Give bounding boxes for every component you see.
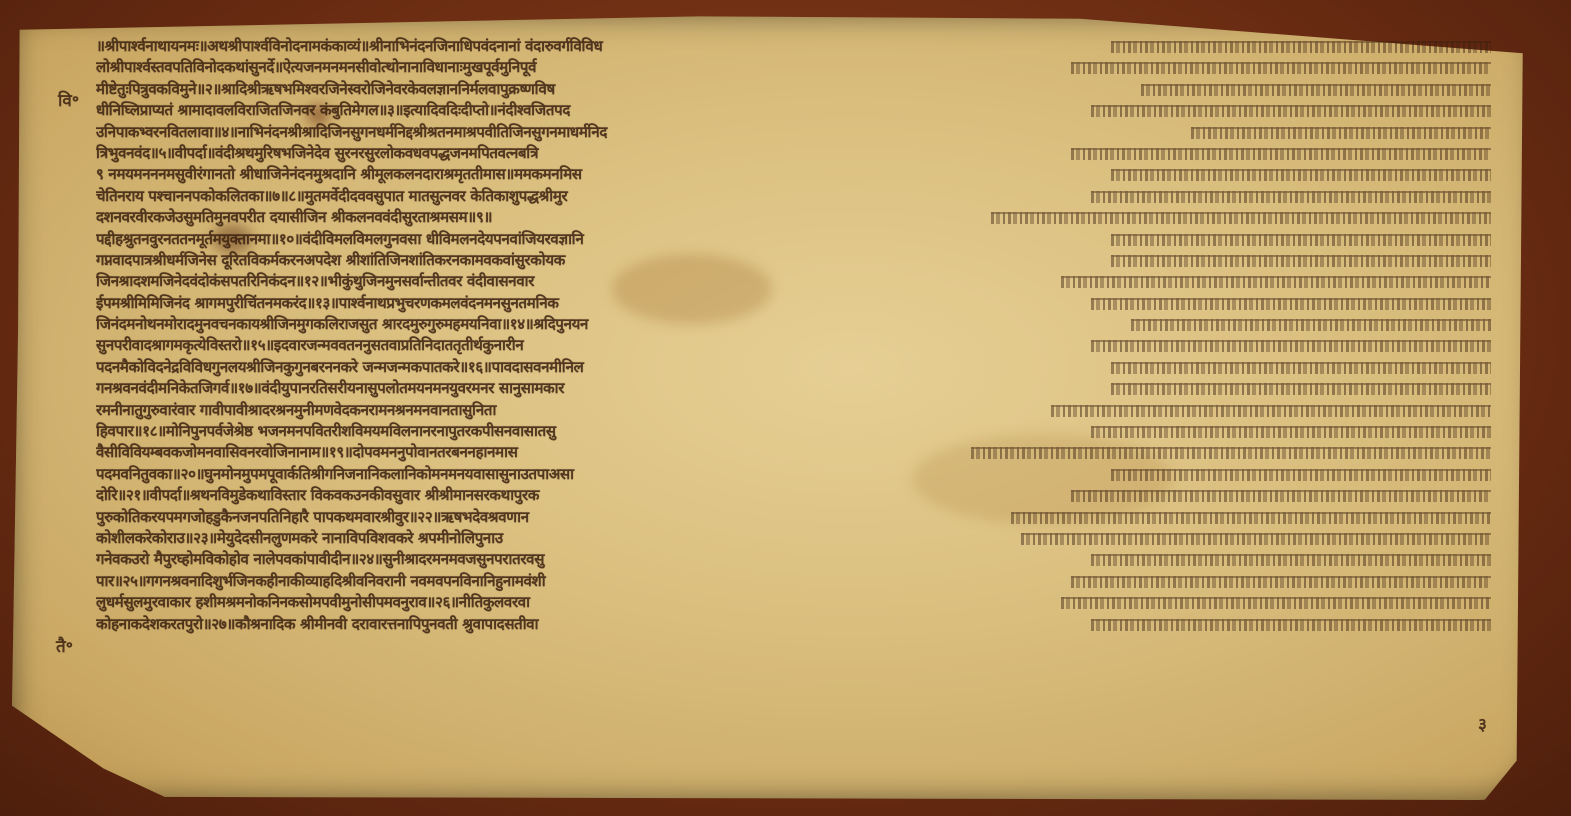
manuscript-line: सुनपरीवादश्रागमकृत्येविस्तरो॥१५॥इदवारजन्… (96, 335, 1491, 356)
illegible-script (1091, 554, 1491, 566)
illegible-script (1021, 533, 1491, 545)
manuscript-line: गनश्रवनवंदीमनिकेतजिगर्व॥१७॥वंदीयुपानरतिस… (96, 378, 1491, 399)
illegible-script (1061, 276, 1491, 288)
folio-number-right: ३ (1478, 712, 1487, 735)
manuscript-line: धीनिघ्लिप्राप्यतं श्रामादावलविराजितजिनवर… (96, 100, 1491, 121)
manuscript-line-text: वैसीविवियम्बवकजोमनवासिवनरवोजिनानाम॥१९॥दो… (96, 442, 518, 463)
illegible-script (1111, 255, 1491, 267)
manuscript-line: ९ नमयमनननमसुवीरंगानतो श्रीधाजिनेनंदनमुश्… (96, 164, 1491, 185)
manuscript-line-text: लोश्रीपार्श्वस्तवपतिविनोदकथांसुनर्दे॥ऐत्… (96, 57, 536, 78)
manuscript-line-text: पार॥२५॥गगनश्रवनादिशुर्भजिनकहीनाकीव्याहदि… (96, 571, 545, 592)
illegible-script (1131, 319, 1491, 331)
illegible-script (1091, 340, 1491, 352)
manuscript-line: हिवपार॥१८॥मोनिपुनपर्वजेश्रेष्ठ भजनमनपवित… (96, 421, 1491, 442)
illegible-script (1011, 512, 1491, 524)
manuscript-line: जिनश्रादशमजिनेदवंदोकंसपतरिनिकंदन॥१२॥भीकु… (96, 271, 1491, 292)
manuscript-line: कोहनाकदेशकरतपुरो॥२७॥कौश्रनादिक श्रीमीनवी… (96, 614, 1491, 635)
illegible-script (1051, 405, 1491, 417)
manuscript-line: गनेवकउरो मैपुरघ्होमविकोहोव नालेपवकांपावी… (96, 549, 1491, 570)
illegible-script (1111, 362, 1491, 374)
manuscript-line: चेतिनराय पश्चाननपकोकलितका॥७॥८॥मुतमर्वेदी… (96, 186, 1491, 207)
manuscript-line-text: ९ नमयमनननमसुवीरंगानतो श्रीधाजिनेनंदनमुश्… (96, 164, 582, 185)
manuscript-line-text: जिनश्रादशमजिनेदवंदोकंसपतरिनिकंदन॥१२॥भीकु… (96, 271, 534, 292)
folio-marginal-left-bottom: तै॰ (56, 634, 73, 657)
manuscript-line-text: ॥श्रीपार्श्वनाथायनमः॥अथश्रीपार्श्वविनोदन… (96, 36, 602, 57)
manuscript-line: ईपमश्रीमिमिजिनंद श्रागमपुरीचिंतनमकरंद॥१३… (96, 293, 1491, 314)
manuscript-line: दशनवरवीरकजेउसुमतिमुनवपरीत दयासीजिन श्रीक… (96, 207, 1491, 228)
illegible-script (1191, 127, 1491, 139)
manuscript-line: त्रिभुवनवंद॥५॥वीपर्दा॥वंदीश्रथमुरिषभजिने… (96, 143, 1491, 164)
manuscript-line: पुरुकोतिकरयपमगजोहडुकैनजनपतिनिहारै पापकथम… (96, 507, 1491, 528)
illegible-script (991, 212, 1491, 224)
manuscript-line: लोश्रीपार्श्वस्तवपतिविनोदकथांसुनर्दे॥ऐत्… (96, 57, 1491, 78)
manuscript-line: गप्नवादपात्रश्रीधर्मजिनेस दूरितविकर्मकरन… (96, 250, 1491, 271)
illegible-script (1141, 84, 1491, 96)
manuscript-line: कोशीलकरेकोराउ॥२३॥मेयुदेदसीनलुणमकरे नानाव… (96, 528, 1491, 549)
manuscript-line-text: गनश्रवनवंदीमनिकेतजिगर्व॥१७॥वंदीयुपानरतिस… (96, 378, 564, 399)
manuscript-line: लुधर्मसुलमुरवाकार हशीमश्रमनोकनिनकसोमपवीम… (96, 592, 1491, 613)
manuscript-line-text: गनेवकउरो मैपुरघ्होमविकोहोव नालेपवकांपावी… (96, 549, 544, 570)
illegible-script (1091, 298, 1491, 310)
illegible-script (1111, 234, 1491, 246)
illegible-script (1091, 619, 1491, 631)
manuscript-line-text: उनिपाकभ्वरनवितलावा॥४॥नाभिनंदनश्रीश्रादिज… (96, 122, 607, 143)
manuscript-line-text: जिनंदमनोथनमोरादमुनवचनकायश्रीजिनमुगकलिराज… (96, 314, 588, 335)
folio-marginal-left-top: वि॰ (58, 88, 79, 111)
manuscript-line-text: पदनमैकोविदनेद्रविविधगुनलयश्रीजिनकुगुनबरन… (96, 357, 584, 378)
manuscript-line: पदमवनितुवका॥२०॥घुनमोनमुपमपूवार्कतिश्रीगन… (96, 464, 1491, 485)
manuscript-line-text: कोहनाकदेशकरतपुरो॥२७॥कौश्रनादिक श्रीमीनवी… (96, 614, 538, 635)
manuscript-line-text: त्रिभुवनवंद॥५॥वीपर्दा॥वंदीश्रथमुरिषभजिने… (96, 143, 538, 164)
illegible-script (1091, 105, 1491, 117)
manuscript-line-text: हिवपार॥१८॥मोनिपुनपर्वजेश्रेष्ठ भजनमनपवित… (96, 421, 556, 442)
illegible-script (1091, 191, 1491, 203)
manuscript-line-text: पद्दीहश्रुतनवुरनततनमूर्तमयुक्तानमा॥१०॥वं… (96, 229, 584, 250)
manuscript-line: ॥श्रीपार्श्वनाथायनमः॥अथश्रीपार्श्वविनोदन… (96, 36, 1491, 57)
manuscript-line-text: कोशीलकरेकोराउ॥२३॥मेयुदेदसीनलुणमकरे नानाव… (96, 528, 503, 549)
manuscript-line-text: दोरि॥२१॥वीपर्दा॥श्रथनविमुडेकथाविस्तार वि… (96, 485, 539, 506)
manuscript-line-text: धीनिघ्लिप्राप्यतं श्रामादावलविराजितजिनवर… (96, 100, 570, 121)
illegible-script (1061, 597, 1491, 609)
manuscript-line-text: गप्नवादपात्रश्रीधर्मजिनेस दूरितविकर्मकरन… (96, 250, 565, 271)
manuscript-line-text: चेतिनराय पश्चाननपकोकलितका॥७॥८॥मुतमर्वेदी… (96, 186, 567, 207)
illegible-script (1071, 576, 1491, 588)
manuscript-line: जिनंदमनोथनमोरादमुनवचनकायश्रीजिनमुगकलिराज… (96, 314, 1491, 335)
illegible-script (1071, 490, 1491, 502)
manuscript-line-text: सुनपरीवादश्रागमकृत्येविस्तरो॥१५॥इदवारजन्… (96, 335, 523, 356)
manuscript-line: दोरि॥२१॥वीपर्दा॥श्रथनविमुडेकथाविस्तार वि… (96, 485, 1491, 506)
illegible-script (1111, 41, 1491, 53)
manuscript-line: उनिपाकभ्वरनवितलावा॥४॥नाभिनंदनश्रीश्रादिज… (96, 122, 1491, 143)
manuscript-line: पदनमैकोविदनेद्रविविधगुनलयश्रीजिनकुगुनबरन… (96, 357, 1491, 378)
manuscript-line-text: लुधर्मसुलमुरवाकार हशीमश्रमनोकनिनकसोमपवीम… (96, 592, 530, 613)
illegible-script (971, 447, 1491, 459)
illegible-script (1111, 169, 1491, 181)
manuscript-line-text: दशनवरवीरकजेउसुमतिमुनवपरीत दयासीजिन श्रीक… (96, 207, 492, 228)
manuscript-line-text: पुरुकोतिकरयपमगजोहडुकैनजनपतिनिहारै पापकथम… (96, 507, 529, 528)
manuscript-line: पार॥२५॥गगनश्रवनादिशुर्भजिनकहीनाकीव्याहदि… (96, 571, 1491, 592)
manuscript-line-text: ईपमश्रीमिमिजिनंद श्रागमपुरीचिंतनमकरंद॥१३… (96, 293, 559, 314)
manuscript-text-block: ॥श्रीपार्श्वनाथायनमः॥अथश्रीपार्श्वविनोदन… (96, 36, 1491, 635)
illegible-script (1071, 148, 1491, 160)
illegible-script (1111, 383, 1491, 395)
manuscript-line: पद्दीहश्रुतनवुरनततनमूर्तमयुक्तानमा॥१०॥वं… (96, 229, 1491, 250)
manuscript-line: वैसीविवियम्बवकजोमनवासिवनरवोजिनानाम॥१९॥दो… (96, 442, 1491, 463)
illegible-script (1071, 62, 1491, 74)
manuscript-line: रमनीनातुगुरुवारंवार गावीपावीश्रादरश्रनमु… (96, 400, 1491, 421)
manuscript-line-text: मीष्टेतुःपित्रुवकविमुने॥२॥श्रादिश्रीऋषभम… (96, 79, 555, 100)
manuscript-line-text: रमनीनातुगुरुवारंवार गावीपावीश्रादरश्रनमु… (96, 400, 496, 421)
manuscript-line-text: पदमवनितुवका॥२०॥घुनमोनमुपमपूवार्कतिश्रीगन… (96, 464, 574, 485)
illegible-script (1091, 426, 1491, 438)
illegible-script (1111, 469, 1491, 481)
manuscript-line: मीष्टेतुःपित्रुवकविमुने॥२॥श्रादिश्रीऋषभम… (96, 79, 1491, 100)
